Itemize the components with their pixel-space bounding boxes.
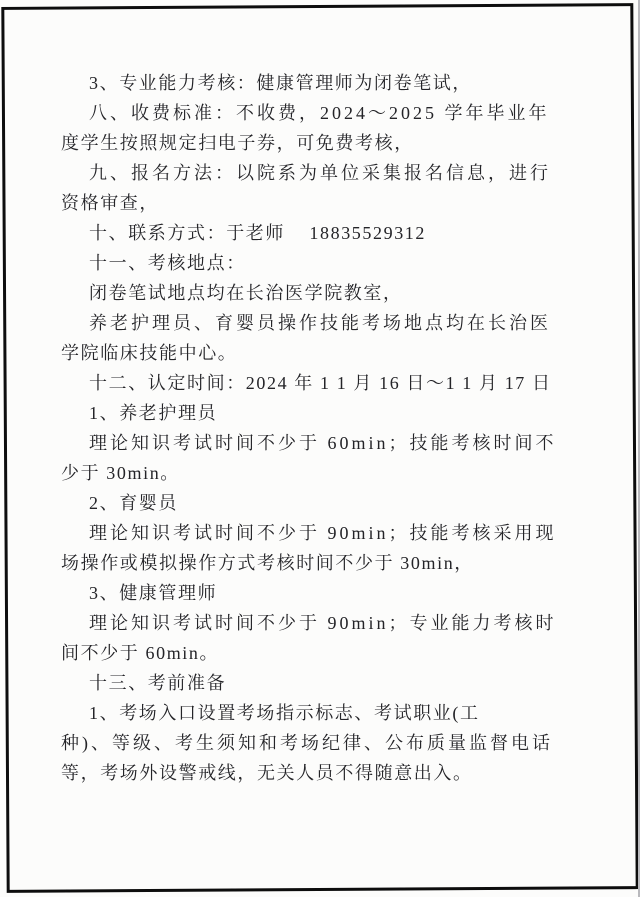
text-line: 场操作或模拟操作方式考核时间不少于 30min， bbox=[61, 548, 559, 578]
text-line: 2、育婴员 bbox=[61, 488, 559, 518]
text-line: 3、专业能力考核：健康管理师为闭卷笔试， bbox=[61, 68, 559, 98]
text-line: 理论知识考试时间不少于 60min；技能考核时间不 bbox=[61, 428, 559, 458]
text-line: 闭卷笔试地点均在长治医学院教室， bbox=[61, 278, 559, 308]
text-line: 间不少于 60min。 bbox=[61, 638, 559, 668]
text-line: 资格审查， bbox=[61, 188, 559, 218]
text-line: 十、联系方式：于老师 18835529312 bbox=[61, 218, 559, 248]
text-line: 度学生按照规定扫电子券，可免费考核， bbox=[61, 128, 559, 158]
text-line: 理论知识考试时间不少于 90min；技能考核采用现 bbox=[61, 518, 559, 548]
text-line: 1、考场入口设置考场指示标志、考试职业(工 bbox=[61, 698, 559, 728]
text-line: 少于 30min。 bbox=[61, 458, 559, 488]
scanned-document-page: 3、专业能力考核：健康管理师为闭卷笔试， 八、收费标准：不收费，2024～202… bbox=[0, 0, 640, 897]
text-line: 十二、认定时间：2024 年 1 1 月 16 日～1 1 月 17 日 bbox=[61, 368, 559, 398]
text-line: 理论知识考试时间不少于 90min；专业能力考核时 bbox=[61, 608, 559, 638]
text-line: 1、养老护理员 bbox=[61, 398, 559, 428]
text-line: 养老护理员、育婴员操作技能考场地点均在长治医 bbox=[61, 308, 559, 338]
text-line: 种)、等级、考生须知和考场纪律、公布质量监督电话 bbox=[61, 728, 559, 758]
text-line: 学院临床技能中心。 bbox=[61, 338, 559, 368]
text-line: 八、收费标准：不收费，2024～2025 学年毕业年 bbox=[61, 98, 559, 128]
text-line: 等，考场外设警戒线，无关人员不得随意出入。 bbox=[61, 758, 559, 788]
text-line: 十三、考前准备 bbox=[61, 668, 559, 698]
text-line: 3、健康管理师 bbox=[61, 578, 559, 608]
text-line: 九、报名方法：以院系为单位采集报名信息，进行 bbox=[61, 158, 559, 188]
document-text-block: 3、专业能力考核：健康管理师为闭卷笔试， 八、收费标准：不收费，2024～202… bbox=[61, 68, 559, 788]
text-line: 十一、考核地点： bbox=[61, 248, 559, 278]
